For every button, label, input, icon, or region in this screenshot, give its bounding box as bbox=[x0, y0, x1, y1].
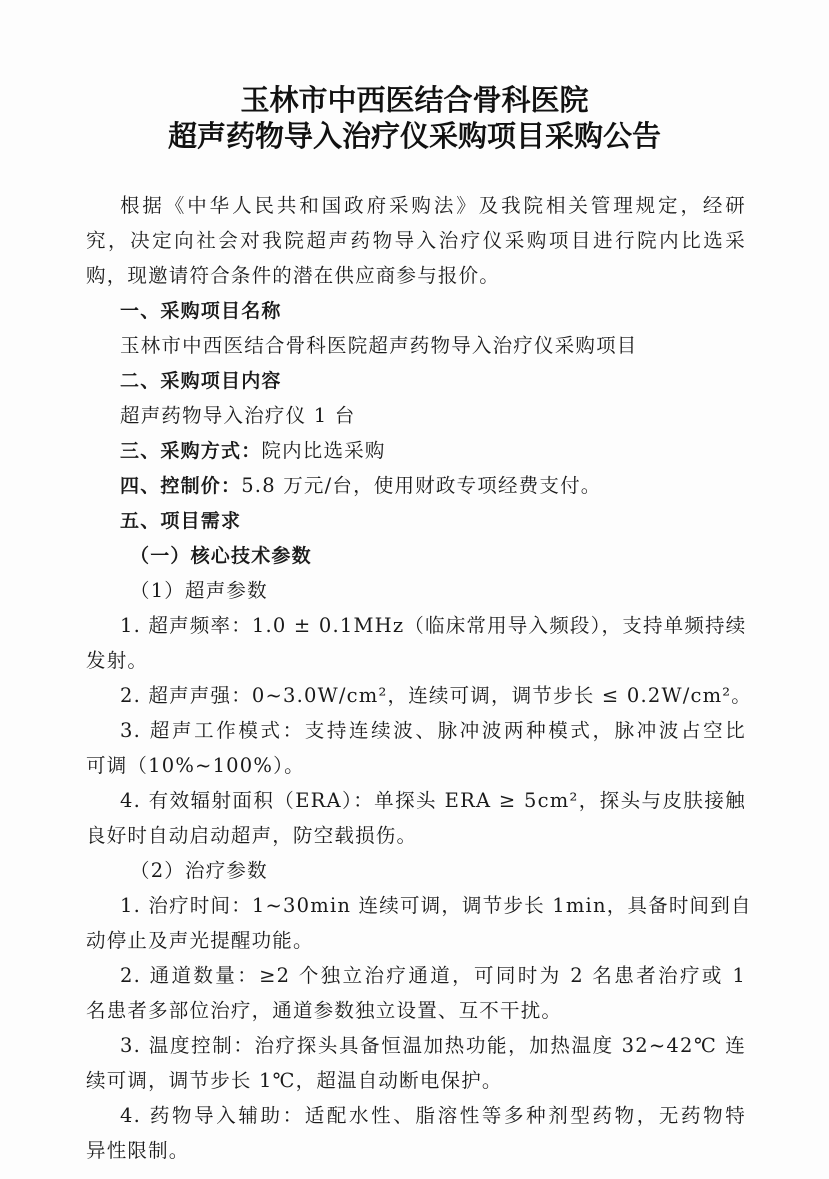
param-line: 发射。 bbox=[86, 649, 746, 673]
document-title-line2: 超声药物导入治疗仪采购项目采购公告 bbox=[0, 114, 829, 155]
param-line: 可调（10%~100%）。 bbox=[86, 754, 746, 778]
document-page: 玉林市中西医结合骨科医院 超声药物导入治疗仪采购项目采购公告 根据《中华人民共和… bbox=[0, 0, 829, 1179]
param-line: 3. 超声工作模式：支持连续波、脉冲波两种模式，脉冲波占空比 bbox=[120, 719, 746, 743]
param-line: 1. 治疗时间：1~30min 连续可调，调节步长 1min，具备时间到自 bbox=[120, 894, 746, 918]
param-line: 3. 温度控制：治疗探头具备恒温加热功能，加热温度 32~42℃ 连 bbox=[120, 1034, 746, 1058]
param-line: 名患者多部位治疗，通道参数独立设置、互不干扰。 bbox=[86, 999, 746, 1023]
section-row: 三、采购方式：院内比选采购 bbox=[120, 439, 780, 463]
param-line: 良好时自动启动超声，防空载损伤。 bbox=[86, 824, 746, 848]
param-line: 续可调，调节步长 1℃，超温自动断电保护。 bbox=[86, 1069, 746, 1093]
section-content: 5.8 万元/台，使用财政专项经费支付。 bbox=[241, 474, 601, 497]
group-heading: （1）超声参数 bbox=[130, 579, 790, 603]
param-line: 异性限制。 bbox=[86, 1139, 746, 1163]
section-content: 玉林市中西医结合骨科医院超声药物导入治疗仪采购项目 bbox=[120, 334, 780, 358]
param-line: 动停止及声光提醒功能。 bbox=[86, 929, 746, 953]
section-content: 院内比选采购 bbox=[261, 439, 385, 462]
section-heading: 四、控制价： bbox=[120, 475, 241, 497]
section-content: 超声药物导入治疗仪 1 台 bbox=[120, 404, 780, 428]
group-heading: （2）治疗参数 bbox=[130, 859, 790, 883]
document-title-line1: 玉林市中西医结合骨科医院 bbox=[0, 78, 829, 119]
section-heading: 二、采购项目内容 bbox=[120, 369, 780, 393]
param-line: 4. 有效辐射面积（ERA）：单探头 ERA ≥ 5cm²，探头与皮肤接触 bbox=[120, 789, 746, 813]
intro-line: 根据《中华人民共和国政府采购法》及我院相关管理规定，经研 bbox=[120, 194, 746, 218]
section-heading: 三、采购方式： bbox=[120, 440, 261, 462]
intro-line: 购，现邀请符合条件的潜在供应商参与报价。 bbox=[86, 264, 746, 288]
param-line: 1. 超声频率：1.0 ± 0.1MHz（临床常用导入频段），支持单频持续 bbox=[120, 614, 746, 638]
section-heading: 一、采购项目名称 bbox=[120, 299, 780, 323]
param-line: 4. 药物导入辅助：适配水性、脂溶性等多种剂型药物，无药物特 bbox=[120, 1104, 746, 1128]
param-line: 2. 超声声强：0~3.0W/cm²，连续可调，调节步长 ≤ 0.2W/cm²。 bbox=[120, 684, 780, 708]
intro-line: 究，决定向社会对我院超声药物导入治疗仪采购项目进行院内比选采 bbox=[86, 229, 746, 253]
param-line: 2. 通道数量：≥2 个独立治疗通道，可同时为 2 名患者治疗或 1 bbox=[120, 964, 746, 988]
section-heading: 五、项目需求 bbox=[120, 509, 780, 533]
subsection-heading: （一）核心技术参数 bbox=[130, 544, 790, 568]
section-row: 四、控制价：5.8 万元/台，使用财政专项经费支付。 bbox=[120, 474, 780, 498]
